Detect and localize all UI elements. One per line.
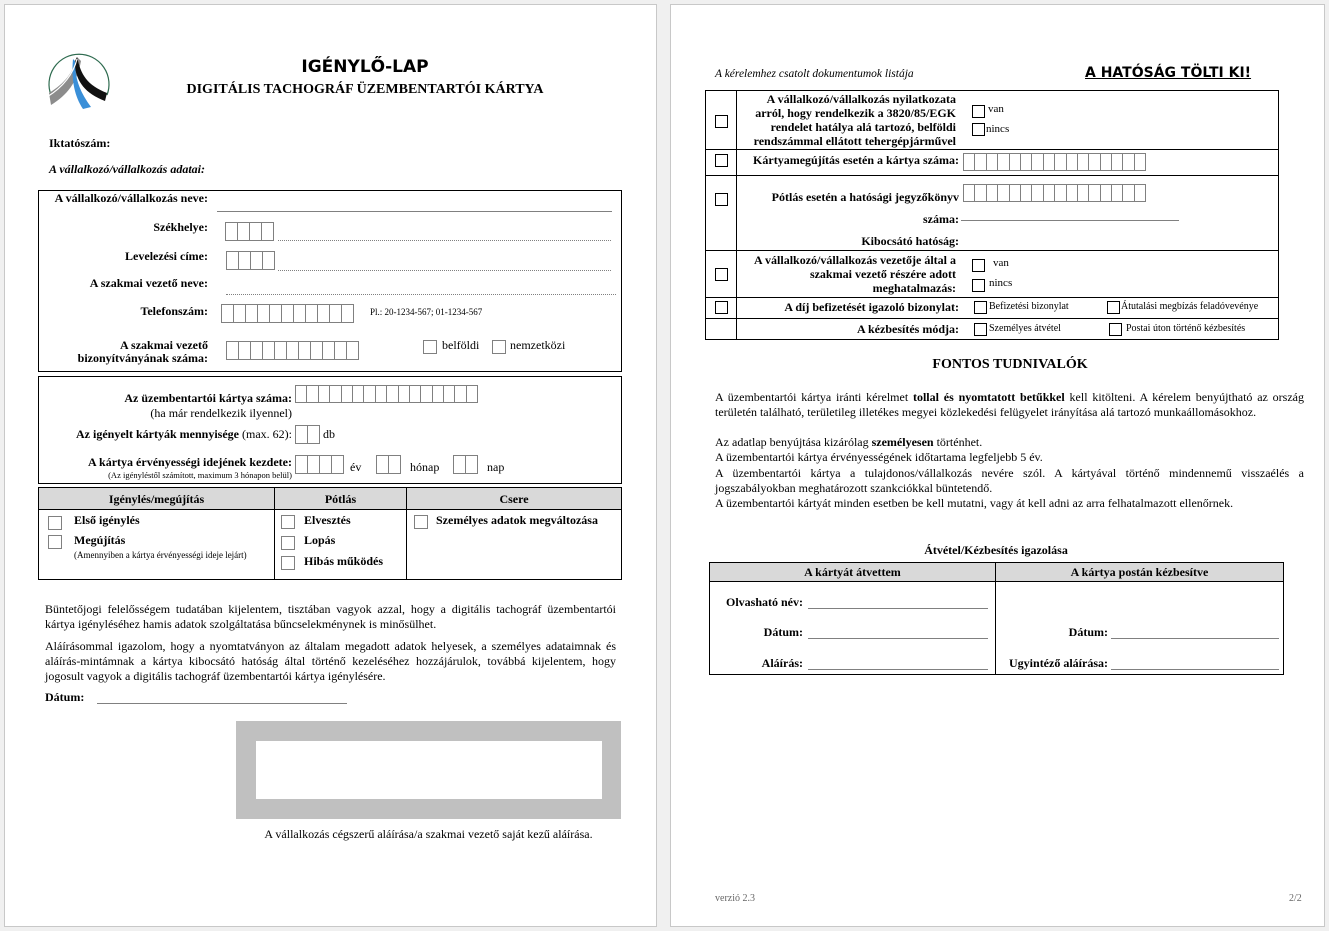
posted-date-label: Dátum: <box>1069 625 1108 640</box>
declaration-liability: Büntetőjogi felelősségem tudatában kijel… <box>45 602 616 632</box>
attach-authorization-checkbox[interactable] <box>715 268 728 281</box>
declaration-line-3: rendelet hatálya alá tartozó, belföldi <box>771 120 956 135</box>
lost-checkbox[interactable] <box>281 515 295 529</box>
clerk-signature-field[interactable] <box>1111 659 1279 670</box>
certificate-boxes[interactable] <box>226 341 358 360</box>
note-2: Az adatlap benyújtása kizárólag személye… <box>715 435 1304 450</box>
month-label: hónap <box>410 460 439 475</box>
authorization-line-1: A vállalkozó/vállalkozás vezetője által … <box>754 253 956 268</box>
quantity-unit: db <box>323 427 335 442</box>
note-4: A üzembentartói kártya a tulajdonos/váll… <box>715 466 1304 496</box>
first-request-checkbox[interactable] <box>48 516 62 530</box>
form-subtitle: DIGITÁLIS TACHOGRÁF ÜZEMBENTARTÓI KÁRTYA <box>5 82 725 98</box>
row-divider <box>705 250 1279 251</box>
page-number-footer: 2/2 <box>1289 893 1302 904</box>
manager-name-label: A szakmai vezető neve: <box>90 276 208 291</box>
issuer-label: Kibocsátó hatóság: <box>861 234 959 249</box>
date-label: Dátum: <box>45 690 84 705</box>
notes-title: FONTOS TUDNIVALÓK <box>671 357 1329 373</box>
quantity-boxes[interactable] <box>295 425 319 444</box>
personal-data-change-checkbox[interactable] <box>414 515 428 529</box>
version-footer: verzió 2.3 <box>715 893 755 904</box>
authorization-no-label: nincs <box>989 277 1012 289</box>
malfunction-label: Hibás működés <box>304 554 383 569</box>
note-2-a: Az adatlap benyújtása kizárólag <box>715 435 872 449</box>
renewal-note: (Amennyiben a kártya érvényességi ideje … <box>74 550 247 560</box>
note-1-a: A üzembentartói kártya iránti kérelmet <box>715 390 913 404</box>
company-section-title: A vállalkozó/vállalkozás adatai: <box>49 162 205 177</box>
domestic-checkbox[interactable] <box>423 340 437 354</box>
certificate-label-2: bizonyítványának száma: <box>78 351 208 366</box>
phone-hint: Pl.: 20-1234-567; 01-1234-567 <box>370 307 482 317</box>
stolen-label: Lopás <box>304 533 335 548</box>
header-exchange: Csere <box>407 492 621 507</box>
quantity-max-text: (max. 62): <box>242 427 292 441</box>
posted-date-field[interactable] <box>1111 628 1279 639</box>
lost-label: Elvesztés <box>304 513 351 528</box>
registration-number-label: Iktatószám: <box>49 136 110 151</box>
receipt-header-posted: A kártya postán kézbesítve <box>996 565 1283 580</box>
company-name-label: A vállalkozó/vállalkozás neve: <box>55 191 208 206</box>
row-divider <box>705 318 1279 319</box>
readable-name-field[interactable] <box>808 598 988 609</box>
replacement-label-1: Pótlás esetén a hatósági jegyzőkönyv <box>772 190 959 205</box>
personal-data-change-label: Személyes adatok megváltozása <box>436 513 598 528</box>
received-date-label: Dátum: <box>764 625 803 640</box>
declaration-line-4: rendszámmal ellátott tehergépjárművel <box>754 134 956 149</box>
mail-address-label: Levelezési címe: <box>125 249 208 264</box>
phone-label: Telefonszám: <box>140 304 208 319</box>
declaration-no-label: nincs <box>986 123 1009 135</box>
seat-address-field[interactable] <box>278 230 611 241</box>
delivery-post-label: Postai úton történő kézbesítés <box>1126 323 1245 334</box>
seat-label: Székhelye: <box>153 220 208 235</box>
authorization-yes-checkbox[interactable] <box>972 259 985 272</box>
international-checkbox[interactable] <box>492 340 506 354</box>
renewal-label: Megújítás <box>74 533 125 548</box>
declaration-no-checkbox[interactable] <box>972 123 985 136</box>
delivery-label: A kézbesítés módja: <box>857 322 959 337</box>
page-1: IGÉNYLŐ-LAP DIGITÁLIS TACHOGRÁF ÜZEMBENT… <box>4 4 657 927</box>
mail-address-field[interactable] <box>278 260 611 271</box>
note-2-c: történhet. <box>934 435 983 449</box>
attachments-title: A kérelemhez csatolt dokumentumok listáj… <box>715 68 914 80</box>
validity-note: (Az igényléstől számított, maximum 3 hón… <box>108 470 292 480</box>
validity-label: A kártya érvényességi idejének kezdete: <box>88 455 292 470</box>
card-number-label: Az üzembentartói kártya száma: <box>124 391 292 406</box>
note-1-b: tollal és nyomtatott betűkkel <box>913 390 1065 404</box>
validity-month-boxes[interactable] <box>376 455 400 474</box>
mail-postcode-boxes[interactable] <box>226 251 274 270</box>
header-replacement: Pótlás <box>275 492 406 507</box>
seat-postcode-boxes[interactable] <box>225 222 273 241</box>
declaration-line-1: A vállalkozó/vállalkozás nyilatkozata <box>767 92 956 107</box>
page-2: A kérelemhez csatolt dokumentumok listáj… <box>670 4 1325 927</box>
row-divider <box>705 149 1279 150</box>
authorization-line-2: szakmai vezető részére adott <box>810 267 956 282</box>
first-request-label: Első igénylés <box>74 513 140 528</box>
clerk-signature-label: Ugyintéző aláírása: <box>1009 656 1108 671</box>
declaration-yes-checkbox[interactable] <box>972 105 985 118</box>
quantity-label-text: Az igényelt kártyák mennyisége <box>76 427 239 441</box>
domestic-label: belföldi <box>442 338 479 353</box>
fee-payment-slip-checkbox[interactable] <box>974 301 987 314</box>
renewal-card-number-boxes[interactable] <box>963 153 1145 171</box>
stolen-checkbox[interactable] <box>281 536 295 550</box>
checkbox-column-divider <box>736 90 737 340</box>
fee-label: A díj befizetését igazoló bizonylat: <box>784 300 959 315</box>
validity-year-boxes[interactable] <box>295 455 343 474</box>
note-5: A üzembentartói kártyát minden esetben b… <box>715 496 1304 511</box>
authorization-no-checkbox[interactable] <box>972 279 985 292</box>
replacement-record-boxes[interactable] <box>963 184 1145 202</box>
attach-fee-checkbox[interactable] <box>715 301 728 314</box>
signature-label: Aláírás: <box>762 656 803 671</box>
signature-caption: A vállalkozás cégszerű aláírása/a szakma… <box>236 827 621 842</box>
note-1: A üzembentartói kártya iránti kérelmet t… <box>715 390 1304 420</box>
year-label: év <box>350 460 361 475</box>
phone-boxes[interactable] <box>221 304 353 323</box>
quantity-label: Az igényelt kártyák mennyisége (max. 62)… <box>76 427 292 442</box>
declaration-line-2: arról, hogy rendelkezik a 3820/85/EGK <box>755 106 956 121</box>
signature-field[interactable] <box>256 741 602 799</box>
declaration-yes-label: van <box>988 103 1004 115</box>
international-label: nemzetközi <box>510 338 565 353</box>
readable-name-label: Olvasható név: <box>726 595 803 610</box>
attach-declaration-checkbox[interactable] <box>715 115 728 128</box>
validity-day-boxes[interactable] <box>453 455 477 474</box>
signature-line-field[interactable] <box>808 659 988 670</box>
form-title: IGÉNYLŐ-LAP <box>5 57 725 77</box>
attach-renewal-checkbox[interactable] <box>715 154 728 167</box>
renewal-checkbox[interactable] <box>48 535 62 549</box>
row-divider <box>705 175 1279 176</box>
receipt-title: Átvétel/Kézbesítés igazolása <box>709 543 1283 558</box>
delivery-personal-checkbox[interactable] <box>974 323 987 336</box>
received-date-field[interactable] <box>808 628 988 639</box>
renewal-card-number-label: Kártyamegújítás esetén a kártya száma: <box>753 153 959 168</box>
row-divider <box>705 297 1279 298</box>
replacement-record-number-field[interactable] <box>961 210 1179 221</box>
card-number-boxes[interactable] <box>295 385 477 403</box>
company-name-field[interactable] <box>217 201 612 212</box>
authority-fills-heading: A HATÓSÁG TÖLTI KI! <box>1085 65 1251 81</box>
date-field[interactable] <box>97 693 347 704</box>
day-label: nap <box>487 460 504 475</box>
header-request-renewal: Igénylés/megújítás <box>39 492 274 507</box>
replacement-label-2: száma: <box>923 212 959 227</box>
note-3: A üzembentartói kártya érvényességének i… <box>715 450 1304 465</box>
delivery-personal-label: Személyes átvétel <box>989 323 1061 334</box>
fee-transfer-label: Átutalási megbízás feladóvevénye <box>1121 301 1258 312</box>
card-number-note: (ha már rendelkezik ilyennel) <box>150 406 292 421</box>
declaration-consent: Aláírásommal igazolom, hogy a nyomtatván… <box>45 639 616 684</box>
authorization-yes-label: van <box>993 257 1009 269</box>
attach-replacement-checkbox[interactable] <box>715 193 728 206</box>
receipt-header-received: A kártyát átvettem <box>710 565 995 580</box>
fee-payment-slip-label: Befizetési bizonylat <box>989 301 1069 312</box>
fee-transfer-checkbox[interactable] <box>1107 301 1120 314</box>
authorization-line-3: meghatalmazás: <box>873 281 956 296</box>
manager-name-field[interactable] <box>226 284 616 295</box>
note-2-b: személyesen <box>872 435 934 449</box>
malfunction-checkbox[interactable] <box>281 556 295 570</box>
delivery-post-checkbox[interactable] <box>1109 323 1122 336</box>
